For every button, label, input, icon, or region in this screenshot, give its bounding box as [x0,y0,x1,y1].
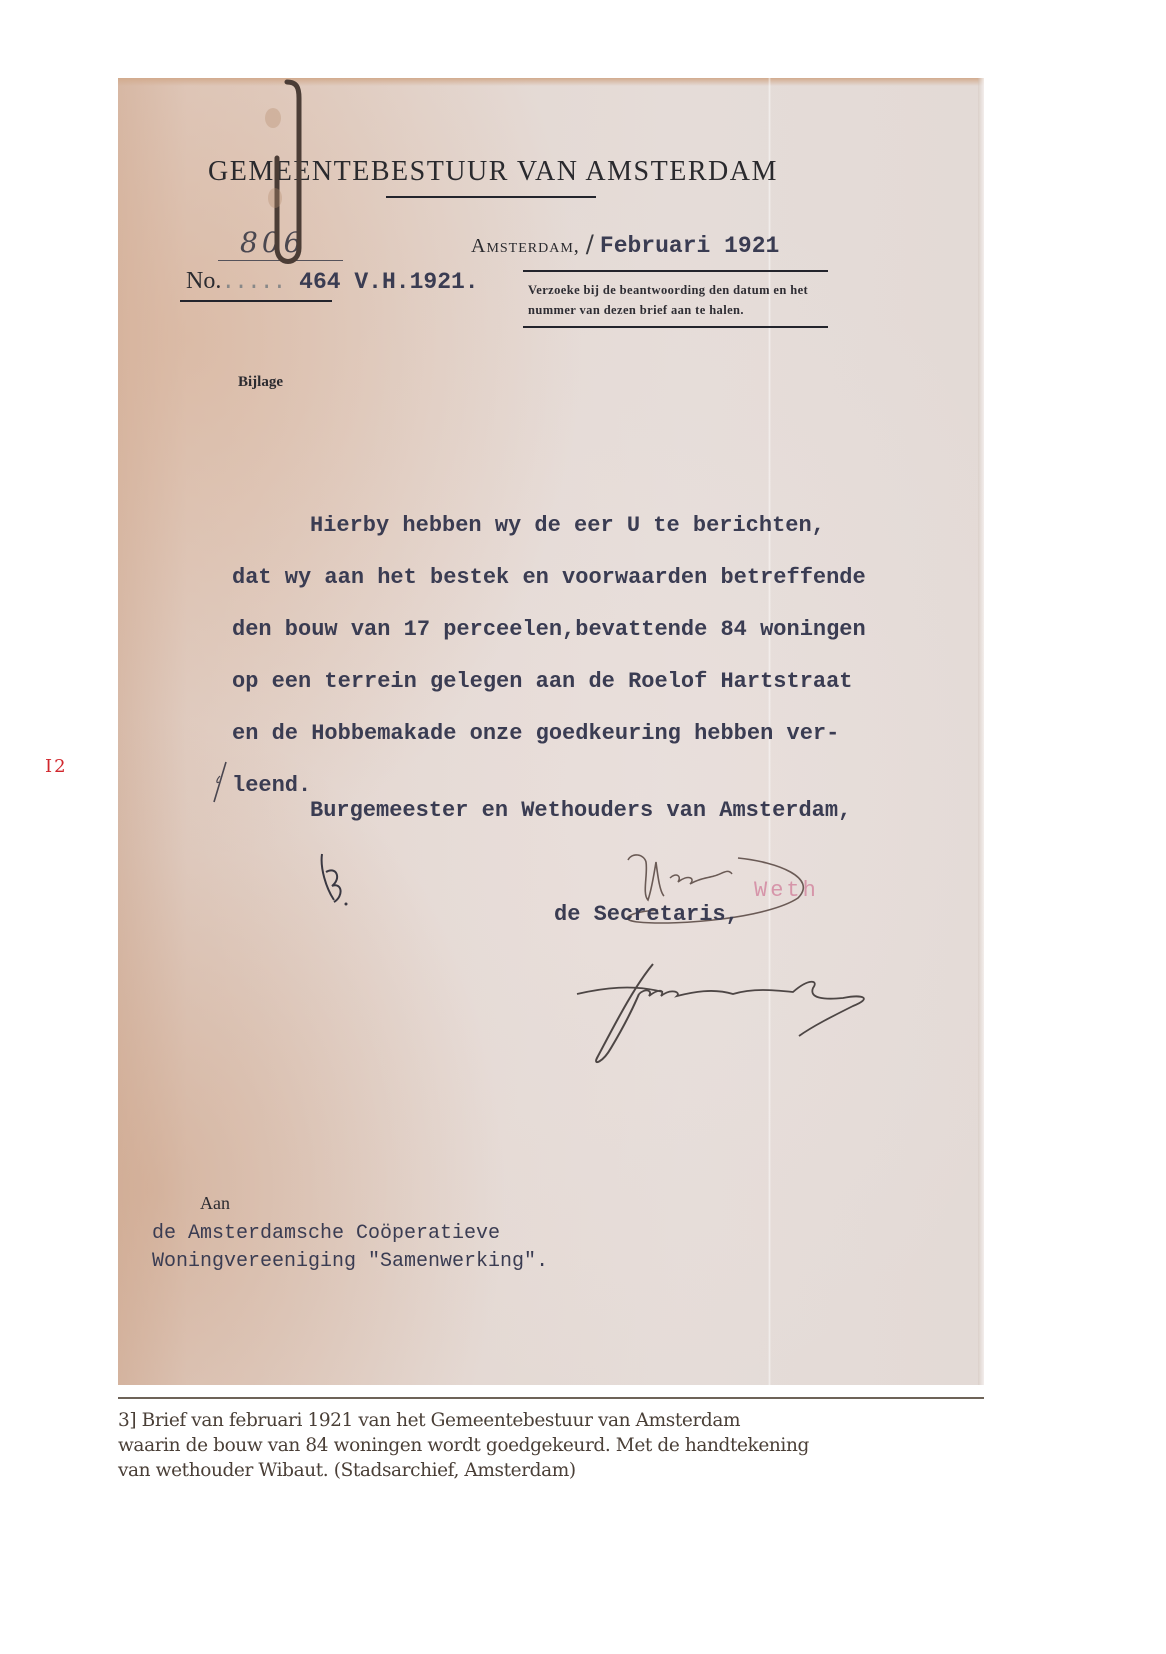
date-rule [523,270,828,272]
reference-label: No. [186,268,221,294]
city-label: Amsterdam, [471,235,580,257]
caption-line: van wethouder Wibaut. (Stadsarchief, Ams… [118,1458,998,1483]
caption-line: 3] Brief van februari 1921 van het Gemee… [118,1408,998,1433]
figure-caption: 3] Brief van februari 1921 van het Gemee… [118,1408,998,1483]
addressee-label: Aan [200,1193,230,1214]
reference-underline [180,300,332,302]
notice-rule [523,326,828,328]
addressee-line: Woningvereeniging "Samenwerking". [152,1248,548,1276]
body-line: den bouw van 17 perceelen,bevattende 84 … [232,604,866,656]
body-line: dat wy aan het bestek en voorwaarden bet… [232,552,866,604]
reply-notice: Verzoeke bij de beantwoording den datum … [528,280,828,320]
paperclip-icon [263,78,313,288]
enclosure-label: Bijlage [238,374,283,391]
letterhead-rule [386,196,596,198]
caption-divider [118,1397,984,1399]
reference-value: 464 V.H.1921. [299,269,478,295]
city-date-line: Amsterdam,/Februari 1921 [471,230,779,259]
letter-body: Hierby hebben wy de eer U te berichten, … [232,500,866,812]
paper-top-edge [118,78,984,86]
body-line: op een terrein gelegen aan de Roelof Har… [232,656,866,708]
secretary-label: de Secretaris, [554,902,739,927]
addressee-block: de Amsterdamsche Coöperatieve Woningvere… [152,1220,548,1276]
closing-line: Burgemeester en Wethouders van Amsterdam… [310,798,851,823]
secretary-signature [573,958,903,1068]
reference-number: No...... 464 V.H.1921. [186,268,479,295]
paper-right-edge [978,78,984,1385]
margin-pen-mark [206,758,236,808]
caption-line: waarin de bouw van 84 woningen wordt goe… [118,1433,998,1458]
page-number: I2 [45,756,68,777]
letter-photograph: GEMEENTEBESTUUR VAN AMSTERDAM 806 No....… [118,78,984,1385]
addressee-line: de Amsterdamsche Coöperatieve [152,1220,548,1248]
date-day-mark: / [586,230,594,258]
body-line: Hierby hebben wy de eer U te berichten, [232,500,866,552]
body-line: en de Hobbemakade onze goedkeuring hebbe… [232,708,866,760]
letter-date: Februari 1921 [600,233,779,259]
paraph-initials [308,848,368,918]
